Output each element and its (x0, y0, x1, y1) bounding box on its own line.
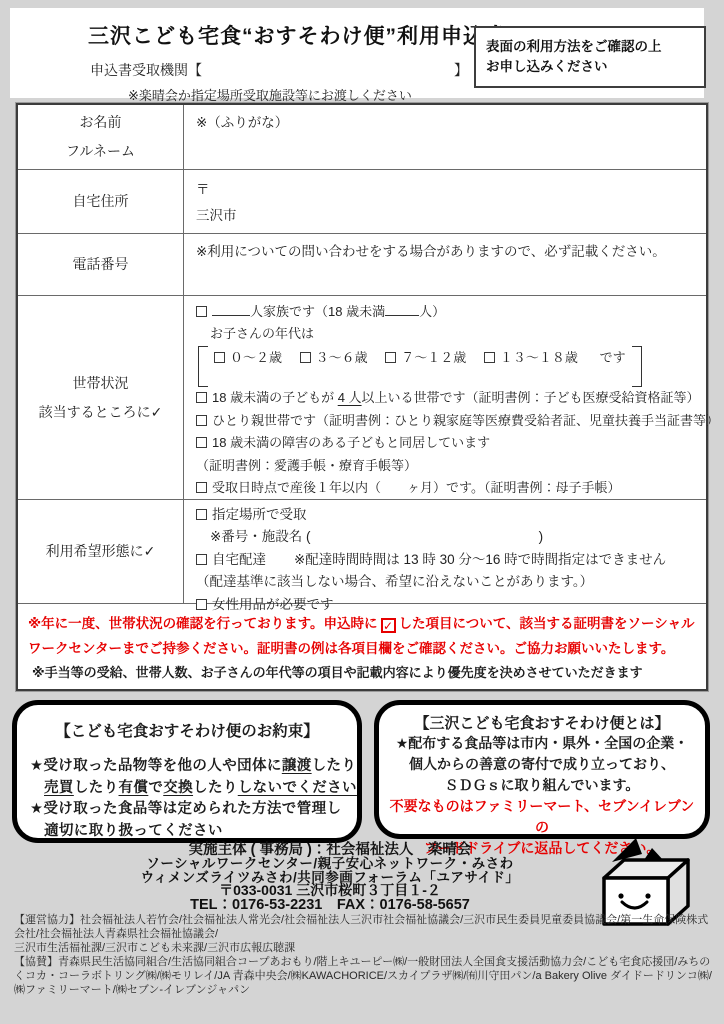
checkbox-icon (214, 352, 225, 363)
family-size-text-end: 人） (419, 304, 445, 319)
organizer-info: 実施主体 ( 事務局 )：社会福祉法人 楽晴会 ソーシャルワークセンター/親子安… (0, 843, 660, 912)
checkbox-icon (196, 554, 207, 565)
table-row-address: 自宅住所 〒 三沢市 (18, 170, 706, 234)
promise-line-2: 売買したり有償で交換したりしないでください (30, 778, 344, 800)
cooperation-credits-line1: 【運営協力】社会福祉法人若竹会/社会福祉法人常光会/社会福祉法人三沢市社会福祉協… (14, 913, 714, 941)
notes-cell: ※年に一度、世帯状況の確認を行っております。申込時に✓した項目について、該当する… (18, 604, 706, 689)
household-check-3: 18 歳未満の障害のある子どもと同居しています (196, 432, 719, 455)
about-box-title: 【三沢こども宅食おすそわけ便とは】 (387, 712, 697, 733)
delivery-time-note: ※配達時間時間は 13 時 30 分～16 時で時間指定はできません (294, 552, 666, 567)
notice-line-2: お申し込みください (486, 57, 694, 77)
promise-box: 【こども宅食おすそわけ便のお約束】 ★受け取った品物等を他の人や団体に譲渡したり… (12, 700, 362, 843)
phone-label: 電話番号 (73, 254, 129, 274)
organizer-address: 〒033-0031 三沢市桜町３丁目１‐２ (0, 884, 660, 898)
annual-check-notice: ※年に一度、世帯状況の確認を行っております。申込時に✓した項目について、該当する… (28, 611, 696, 661)
page-title: 三沢こども宅食“おすそわけ便”利用申込書 (88, 20, 507, 50)
name-label-line2: フルネーム (66, 141, 135, 161)
age-option-2: ７～１２歳 (385, 350, 466, 365)
promise-line-3: ★受け取った食品等は定められた方法で管理し (30, 799, 344, 821)
furigana-note: ※（ふりがな） (196, 115, 288, 130)
organizer-line-2: ソーシャルワークセンター/親子安心ネットワーク・みさわ (0, 857, 660, 871)
under18-count-blank (385, 302, 419, 316)
age-option-3: １３～１８歳 (484, 350, 578, 365)
child-ages-line: ０～２歳 ３～６歳 ７～１２歳 １３～１８歳 です (196, 346, 719, 388)
checked-checkbox-icon: ✓ (381, 618, 396, 633)
family-size-line: 人家族です（18 歳未満人） (196, 301, 719, 324)
family-size-blank (212, 302, 250, 316)
organizer-line-1: 実施主体 ( 事務局 )：社会福祉法人 楽晴会 (0, 843, 660, 857)
about-line-3: ＳＤＧｓに取り組んでいます。 (387, 775, 697, 796)
credits-fine-print: 【運営協力】社会福祉法人若竹会/社会福祉法人常光会/社会福祉法人三沢市社会福祉協… (14, 913, 714, 997)
address-input-cell: 〒 三沢市 (184, 170, 706, 233)
receiver-org-close-bracket: 】 (454, 62, 468, 78)
checkbox-icon (196, 415, 207, 426)
postal-mark: 〒 (196, 178, 694, 198)
household-check-2: ひとり親世帯です（証明書例：ひとり親家庭等医療費受給者証、児童扶養手当証書等） (196, 410, 719, 433)
about-line-2: 個人からの善意の寄付で成り立っており、 (387, 754, 697, 775)
checkbox-icon (196, 306, 207, 317)
checkbox-icon (196, 509, 207, 520)
table-row-name: お名前 フルネーム ※（ふりがな） (18, 105, 706, 170)
name-label-line1: お名前 (80, 112, 122, 132)
family-size-text: 人家族です（18 歳未満 (250, 304, 385, 319)
checkbox-icon (385, 352, 396, 363)
application-form-page: { "colors": { "accent_red": "#e60000", "… (0, 0, 724, 1024)
cooperation-credits-line2: 三沢市生活福祉課/三沢市こども未来課/三沢市広報広聴課 (14, 941, 714, 955)
age-option-0: ０～２歳 (214, 350, 282, 365)
child-ages-intro: お子さんの年代は (196, 323, 719, 346)
underlined-number: 4 人 (338, 390, 362, 405)
household-check-1: 18 歳未満の子どもが 4 人以上いる世帯です（証明書例：子ども医療受給資格証等… (196, 387, 719, 410)
organizer-tel-fax: TEL：0176-53-2231 FAX：0176-58-5657 (0, 898, 660, 913)
receiver-org-label: 申込書受取機関【 (90, 62, 202, 78)
table-row-delivery: 利用希望形態に✓ 指定場所で受取 ※番号・施設名 () 自宅配達※配達時間時間は… (18, 500, 706, 604)
phone-input-cell: ※利用についての問い合わせをする場合がありますので、必ず記載ください。 (184, 234, 706, 295)
table-row-phone: 電話番号 ※利用についての問い合わせをする場合がありますので、必ず記載ください。 (18, 234, 706, 296)
priority-notice: ※手当等の受給、世帯人数、お子さんの年代等の項目や記載内容により優先度を決めさせ… (28, 661, 696, 685)
delivery-label: 利用希望形態に✓ (46, 541, 156, 561)
age-options-suffix: です (600, 350, 626, 365)
household-label-line1: 世帯状況 (73, 373, 129, 393)
household-row-label: 世帯状況 該当するところに✓ (18, 296, 184, 499)
promise-box-body: ★受け取った品物等を他の人や団体に譲渡したり 売買したり有償で交換したりしないで… (30, 756, 344, 842)
address-row-label: 自宅住所 (18, 170, 184, 233)
delivery-option-2: 自宅配達※配達時間時間は 13 時 30 分～16 時で時間指定はできません (196, 549, 694, 572)
checkbox-icon (196, 437, 207, 448)
checkbox-icon (300, 352, 311, 363)
application-form-table: お名前 フルネーム ※（ふりがな） 自宅住所 〒 三沢市 電話番号 ※利用につい… (16, 103, 708, 691)
receiver-org-line: 申込書受取機関【】 (90, 60, 468, 80)
name-row-label: お名前 フルネーム (18, 105, 184, 169)
age-option-1: ３～６歳 (300, 350, 368, 365)
household-check-3-note: （証明書例：愛護手帳・療育手帳等） (196, 455, 719, 478)
about-line-1: ★配布する食品等は市内・県外・全国の企業・ (387, 733, 697, 754)
promise-box-title: 【こども宅食おすそわけ便のお約束】 (30, 719, 344, 741)
delivery-options-cell: 指定場所で受取 ※番号・施設名 () 自宅配達※配達時間時間は 13 時 30 … (184, 500, 706, 603)
table-row-notes: ※年に一度、世帯状況の確認を行っております。申込時に✓した項目について、該当する… (18, 604, 706, 689)
delivery-criteria-note: （配達基準に該当しない場合、希望に沿えないことがあります。） (196, 571, 694, 594)
promise-line-4: 適切に取り扱ってください (30, 821, 344, 843)
phone-row-label: 電話番号 (18, 234, 184, 295)
checkbox-icon (196, 392, 207, 403)
notice-line-1: 表面の利用方法をご確認の上 (486, 37, 694, 57)
about-box: 【三沢こども宅食おすそわけ便とは】 ★配布する食品等は市内・県外・全国の企業・ … (374, 700, 710, 839)
sponsor-credits: 【協賛】青森県民生活協同組合/生活協同組合コープあおもり/階上キユーピー㈱/一般… (14, 955, 714, 997)
facility-name-line: ※番号・施設名 () (196, 526, 694, 549)
household-options-cell: 人家族です（18 歳未満人） お子さんの年代は ０～２歳 ３～６歳 ７～１２歳 … (184, 296, 724, 499)
household-check-4: 受取日時点で産後１年以内（ ヶ月）です。（証明書例：母子手帳） (196, 477, 719, 500)
delivery-row-label: 利用希望形態に✓ (18, 500, 184, 603)
household-label-line2: 該当するところに✓ (39, 402, 163, 422)
return-notice-line-1: 不要なものはファミリーマート、セブンイレブンの (387, 796, 697, 838)
receiver-note: ※楽晴会か指定場所受取施設等にお渡しください (128, 85, 412, 104)
front-side-notice-box: 表面の利用方法をご確認の上 お申し込みください (474, 26, 706, 88)
name-input-cell: ※（ふりがな） (184, 105, 706, 169)
phone-note: ※利用についての問い合わせをする場合がありますので、必ず記載ください。 (196, 244, 666, 259)
promise-line-1: ★受け取った品物等を他の人や団体に譲渡したり (30, 756, 344, 778)
address-label: 自宅住所 (73, 191, 129, 211)
table-row-household: 世帯状況 該当するところに✓ 人家族です（18 歳未満人） お子さんの年代は ０… (18, 296, 706, 500)
delivery-option-1: 指定場所で受取 (196, 504, 694, 527)
checkbox-icon (196, 482, 207, 493)
city-prefill: 三沢市 (196, 204, 694, 224)
age-options-bracket: ０～２歳 ３～６歳 ７～１２歳 １３～１８歳 です (198, 346, 642, 388)
checkbox-icon (484, 352, 495, 363)
